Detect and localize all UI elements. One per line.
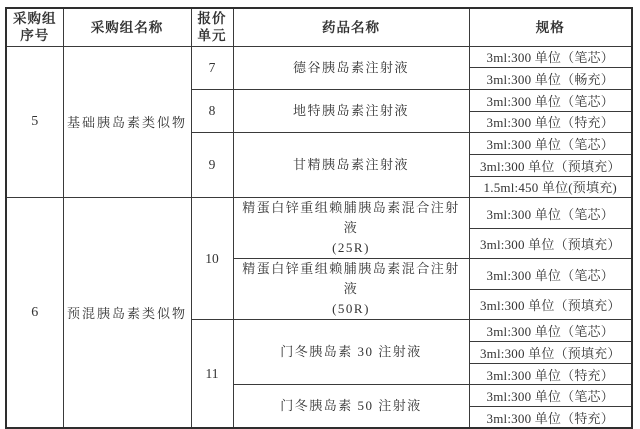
drug-name-cell: 精蛋白锌重组赖脯胰岛素混合注射液 (50R) <box>233 259 469 320</box>
spec-cell: 3ml:300 单位（预填充） <box>469 289 632 320</box>
spec-cell: 3ml:300 单位（笔芯） <box>469 89 632 111</box>
unit-cell: 10 <box>191 198 233 320</box>
group-seq-cell: 6 <box>6 198 63 428</box>
drug-name-cell: 甘精胰岛素注射液 <box>233 133 469 198</box>
unit-cell: 8 <box>191 89 233 132</box>
spec-cell: 3ml:300 单位（预填充） <box>469 228 632 259</box>
table-row: 5 基础胰岛素类似物 7 德谷胰岛素注射液 3ml:300 单位（笔芯） <box>6 46 632 68</box>
spec-cell: 3ml:300 单位（笔芯） <box>469 320 632 342</box>
spec-cell: 3ml:300 单位（笔芯） <box>469 133 632 155</box>
procurement-table: 采购组 序号 采购组名称 报价 单元 药品名称 规格 5 基础胰岛素类似物 7 … <box>5 7 633 429</box>
group-name-cell: 基础胰岛素类似物 <box>63 46 191 198</box>
header-group-seq-line1: 采购组 <box>9 10 61 27</box>
spec-cell: 3ml:300 单位（笔芯） <box>469 198 632 229</box>
drug-name-cell: 门冬胰岛素 30 注射液 <box>233 320 469 385</box>
spec-cell: 3ml:300 单位（特充） <box>469 363 632 385</box>
drug-name-cell: 精蛋白锌重组赖脯胰岛素混合注射液 (25R) <box>233 198 469 259</box>
spec-cell: 3ml:300 单位（笔芯） <box>469 385 632 407</box>
table-header-row: 采购组 序号 采购组名称 报价 单元 药品名称 规格 <box>6 8 632 46</box>
header-group-seq-line2: 序号 <box>9 27 61 44</box>
header-quote-unit-line2: 单元 <box>194 27 231 44</box>
spec-cell: 3ml:300 单位（笔芯） <box>469 259 632 290</box>
drug-name-line1: 精蛋白锌重组赖脯胰岛素混合注射液 <box>236 198 467 238</box>
drug-name-cell: 地特胰岛素注射液 <box>233 89 469 132</box>
drug-name-cell: 门冬胰岛素 50 注射液 <box>233 385 469 428</box>
header-spec: 规格 <box>469 8 632 46</box>
unit-cell: 9 <box>191 133 233 198</box>
header-quote-unit-line1: 报价 <box>194 10 231 27</box>
table-row: 6 预混胰岛素类似物 10 精蛋白锌重组赖脯胰岛素混合注射液 (25R) 3ml… <box>6 198 632 229</box>
group-name-cell: 预混胰岛素类似物 <box>63 198 191 428</box>
drug-name-line1: 精蛋白锌重组赖脯胰岛素混合注射液 <box>236 259 467 299</box>
spec-cell: 1.5ml:450 单位(预填充) <box>469 176 632 198</box>
drug-name-line2: (25R) <box>236 238 467 258</box>
spec-cell: 3ml:300 单位（笔芯） <box>469 46 632 68</box>
header-drug-name: 药品名称 <box>233 8 469 46</box>
spec-cell: 3ml:300 单位（预填充） <box>469 342 632 364</box>
unit-cell: 7 <box>191 46 233 89</box>
header-quote-unit: 报价 单元 <box>191 8 233 46</box>
group-seq-cell: 5 <box>6 46 63 198</box>
spec-cell: 3ml:300 单位（畅充） <box>469 68 632 90</box>
spec-cell: 3ml:300 单位（特充） <box>469 407 632 429</box>
drug-name-cell: 德谷胰岛素注射液 <box>233 46 469 89</box>
header-group-name: 采购组名称 <box>63 8 191 46</box>
spec-cell: 3ml:300 单位（预填充） <box>469 154 632 176</box>
drug-name-line2: (50R) <box>236 299 467 319</box>
header-group-seq: 采购组 序号 <box>6 8 63 46</box>
spec-cell: 3ml:300 单位（特充） <box>469 111 632 133</box>
unit-cell: 11 <box>191 320 233 428</box>
